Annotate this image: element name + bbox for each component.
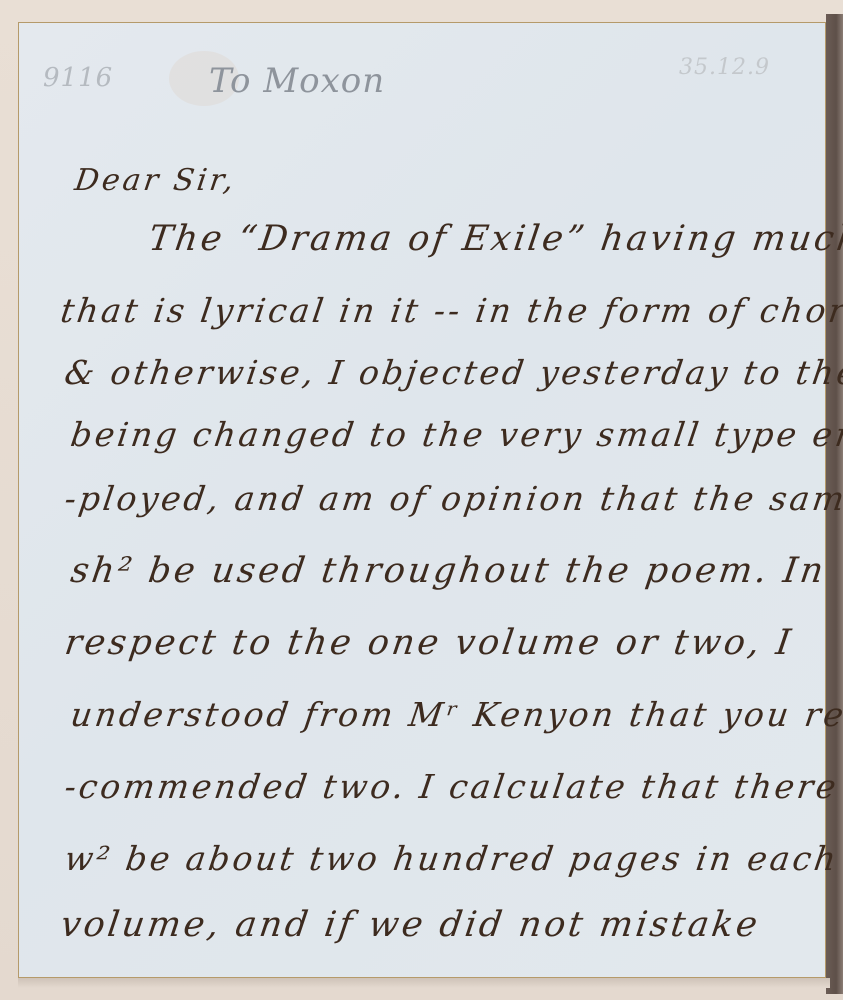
pencil-reference-number: 9116 — [43, 63, 113, 93]
letter-line-8: understood from Mʳ Kenyon that you re- — [68, 695, 843, 734]
letter-line-4: being changed to the very small type em- — [68, 415, 843, 454]
letter-line-11: volume, and if we did not mistake — [58, 905, 762, 945]
letter-line-2: that is lyrical in it -- in the form of … — [58, 291, 843, 330]
letter-line-9: -commended two. I calculate that there — [62, 767, 841, 806]
letter-line-7: respect to the one volume or two, I — [62, 623, 796, 663]
letter-line-1: The “Drama of Exile” having much — [146, 219, 843, 259]
letter-line-3: & otherwise, I objected yesterday to the… — [62, 353, 843, 392]
letter-sheet: 9116 To Moxon 35.12.9 Dear Sir, The “Dra… — [18, 22, 826, 978]
letter-line-5: -ployed, and am of opinion that the same — [62, 479, 843, 518]
pencil-catalog-number: 35.12.9 — [679, 55, 770, 80]
letter-line-10: w² be about two hundred pages in each — [62, 839, 841, 878]
letter-line-6: sh² be used throughout the poem. In — [68, 551, 828, 591]
pencil-addressee: To Moxon — [209, 61, 385, 101]
salutation: Dear Sir, — [73, 163, 239, 198]
paper-shadow-bottom — [18, 978, 830, 988]
